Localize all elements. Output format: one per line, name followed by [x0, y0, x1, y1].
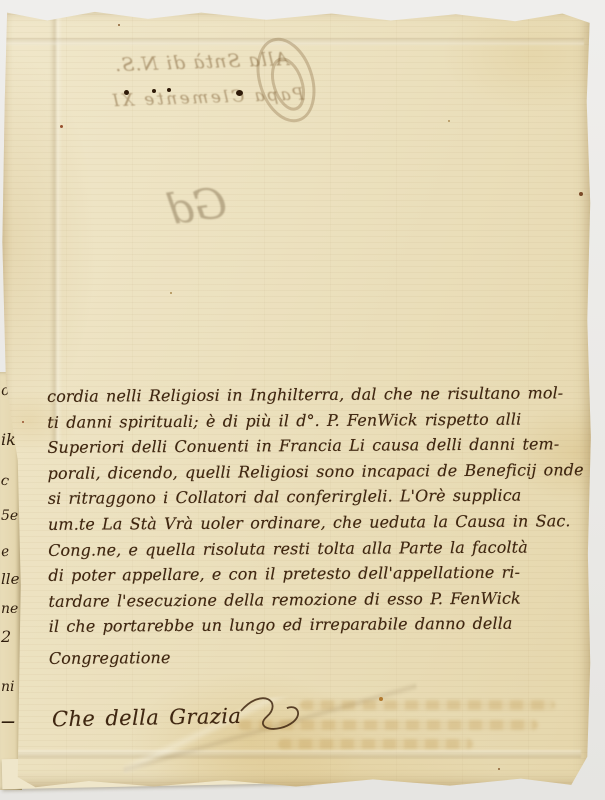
ink-blot: [152, 89, 156, 93]
bleedthrough-monogram: Gd: [128, 178, 234, 269]
manuscript-text-block: cordia nelli Religiosi in Inghilterra, d…: [47, 380, 589, 671]
ink-blot: [236, 90, 243, 96]
manuscript-line: cordia nelli Religiosi in Inghilterra, d…: [47, 380, 587, 409]
manuscript-line: Congregatione: [49, 642, 589, 671]
manuscript-line: Superiori delli Conuenti in Francia Li c…: [47, 431, 587, 460]
manuscript-line: si ritraggono i Collatori dal conferirgl…: [48, 482, 588, 511]
ink-blot: [124, 90, 129, 95]
page-edge-fragment: 2: [1, 629, 11, 645]
page-edge-fragment: e: [0, 544, 10, 559]
manuscript-line: il che portarebbe un lungo ed irreparabi…: [49, 610, 589, 639]
bleedthrough-flourish-icon: [248, 32, 322, 130]
page-edge-fragment: ni: [1, 680, 15, 694]
ink-blot: [167, 88, 171, 92]
closing-line: Che della Grazia: [52, 692, 308, 740]
page-edge-fragment: 5e: [1, 509, 18, 523]
page-edge-fragment: ne: [1, 602, 18, 616]
manuscript-line: um.te La Stà Vrà uoler ordinare, che ued…: [48, 508, 588, 537]
bleedthrough-text-row: [278, 739, 473, 749]
manuscript-line: tardare l'esecuzione della remozione di …: [48, 585, 588, 614]
manuscript-line: ti danni spirituali; è di più il d°. P. …: [47, 406, 587, 435]
manuscript-line: di poter appellare, e con il pretesto de…: [48, 559, 588, 588]
ink-speck: [60, 125, 63, 128]
page-edge-fragment: —: [1, 715, 15, 729]
manuscript-page: Alla Sntà di N.S. Papa Clemente XI Gd co…: [0, 8, 592, 788]
page-edge-fragment: lle: [1, 572, 19, 587]
page-edge-fragment: c: [0, 473, 10, 488]
foxing-specks: [118, 24, 120, 26]
manuscript-line: Cong.ne, e quella risoluta resti tolta a…: [48, 534, 588, 563]
manuscript-line: porali, dicendo, quelli Religiosi sono i…: [48, 457, 588, 486]
bleedthrough-text-row: [300, 700, 555, 710]
page-edge-fragment: ik: [1, 432, 16, 448]
closing-flourish-icon: [237, 692, 308, 737]
manuscript-scan: o ik c 5e e lle ne 2 ni — Alla Sntà di N…: [0, 0, 605, 800]
closing-text: Che della Grazia: [52, 704, 242, 731]
